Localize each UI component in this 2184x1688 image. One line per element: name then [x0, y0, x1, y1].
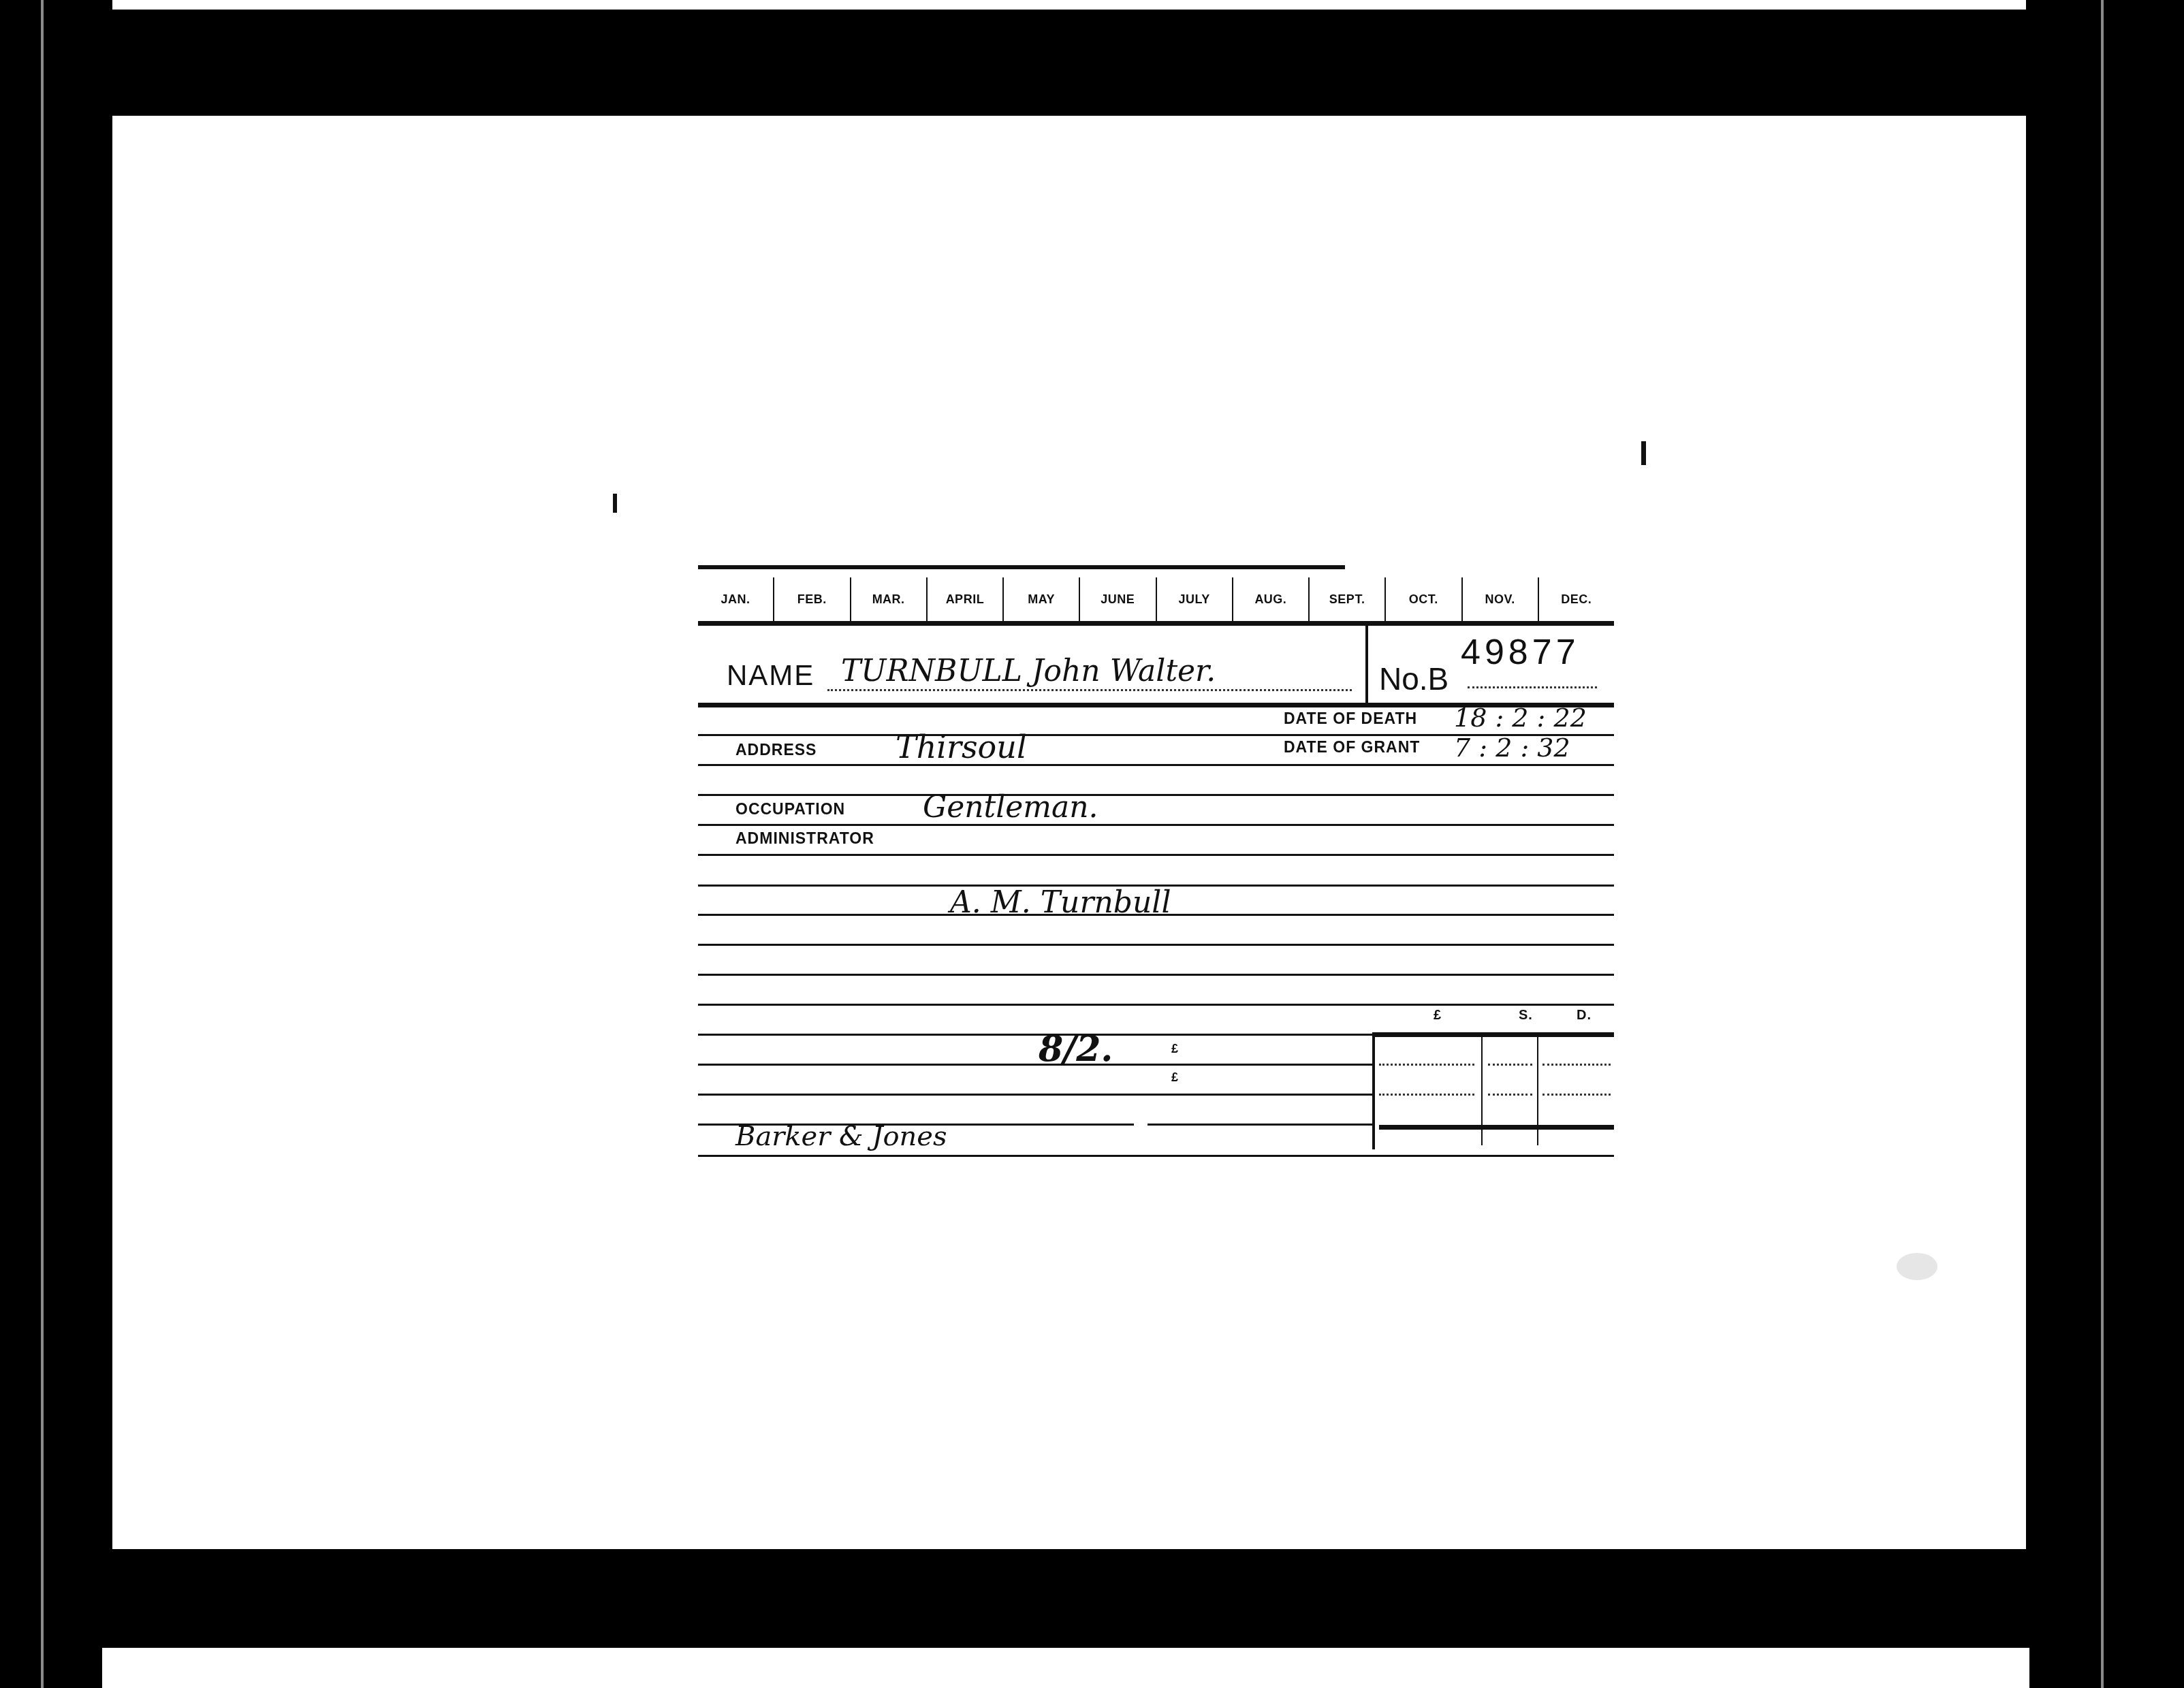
month-june: JUNE — [1080, 577, 1156, 621]
rule — [698, 944, 1614, 946]
speck-mark — [613, 494, 617, 513]
month-jan: JAN. — [698, 577, 774, 621]
month-row-bottom-rule — [698, 621, 1614, 626]
speck-mark — [1641, 441, 1646, 465]
month-row: JAN. FEB. MAR. APRIL MAY JUNE JULY AUG. … — [698, 577, 1614, 621]
signature: Barker & Jones — [735, 1121, 947, 1152]
shillings-entry-line — [1488, 1094, 1532, 1096]
pound-mark-2: £ — [1171, 1070, 1179, 1085]
money-box-left-border — [1372, 1034, 1375, 1149]
rule — [698, 824, 1614, 826]
money-col-pounds: £ — [1434, 1008, 1442, 1023]
month-mar: MAR. — [851, 577, 928, 621]
month-may: MAY — [1004, 577, 1080, 621]
name-value: TURNBULL John Walter. — [841, 654, 1216, 688]
month-feb: FEB. — [774, 577, 851, 621]
pounds-entry-line — [1379, 1094, 1474, 1096]
rule — [698, 854, 1614, 856]
number-value: 49877 — [1461, 632, 1580, 673]
film-left-edge-line — [41, 0, 44, 1688]
rule — [698, 1034, 1372, 1036]
money-col-pence: D. — [1577, 1008, 1592, 1023]
smudge-mark — [1897, 1253, 1937, 1280]
occupation-label: OCCUPATION — [735, 800, 845, 818]
number-underline — [1468, 686, 1597, 688]
index-card: JAN. FEB. MAR. APRIL MAY JUNE JULY AUG. … — [698, 558, 1614, 1164]
film-right-edge-line — [2101, 0, 2104, 1688]
month-sept: SEPT. — [1310, 577, 1386, 621]
administrator-label: ADMINISTRATOR — [735, 829, 874, 848]
month-april: APRIL — [928, 577, 1004, 621]
name-underline — [827, 689, 1352, 691]
pence-entry-line — [1542, 1064, 1611, 1066]
month-dec: DEC. — [1539, 577, 1614, 621]
money-col-shillings: S. — [1519, 1008, 1533, 1023]
pence-entry-line — [1542, 1094, 1611, 1096]
money-box-top-rule — [1372, 1032, 1614, 1037]
number-divider — [1365, 624, 1368, 705]
month-aug: AUG. — [1233, 577, 1310, 621]
rule — [698, 1004, 1614, 1006]
rule — [698, 974, 1614, 976]
date-of-grant-label: DATE OF GRANT — [1284, 738, 1420, 757]
rule — [698, 1094, 1372, 1096]
rule — [1148, 1124, 1372, 1126]
rule — [698, 764, 1614, 766]
bottom-rule — [698, 1155, 1614, 1157]
address-value: Thirsoul — [896, 729, 1027, 765]
shillings-entry-line — [1488, 1064, 1532, 1066]
rule — [698, 794, 1614, 796]
rule — [698, 1064, 1372, 1066]
money-total-rule — [1379, 1125, 1614, 1130]
pound-mark-1: £ — [1171, 1042, 1179, 1056]
date-of-death-label: DATE OF DEATH — [1284, 710, 1417, 728]
rule — [698, 914, 1614, 916]
previous-frame-edge — [112, 0, 2026, 10]
occupation-value: Gentleman. — [923, 790, 1098, 825]
date-of-grant-value: 7 : 2 : 32 — [1454, 733, 1570, 763]
month-nov: NOV. — [1463, 577, 1539, 621]
number-label: No.B — [1379, 660, 1449, 697]
month-oct: OCT. — [1386, 577, 1462, 621]
address-label: ADDRESS — [735, 741, 817, 759]
top-rule — [698, 565, 1345, 569]
date-of-death-value: 18 : 2 : 22 — [1454, 703, 1587, 733]
next-frame-edge — [102, 1648, 2029, 1688]
pounds-entry-line — [1379, 1064, 1474, 1066]
month-july: JULY — [1157, 577, 1233, 621]
name-label: NAME — [727, 659, 814, 692]
